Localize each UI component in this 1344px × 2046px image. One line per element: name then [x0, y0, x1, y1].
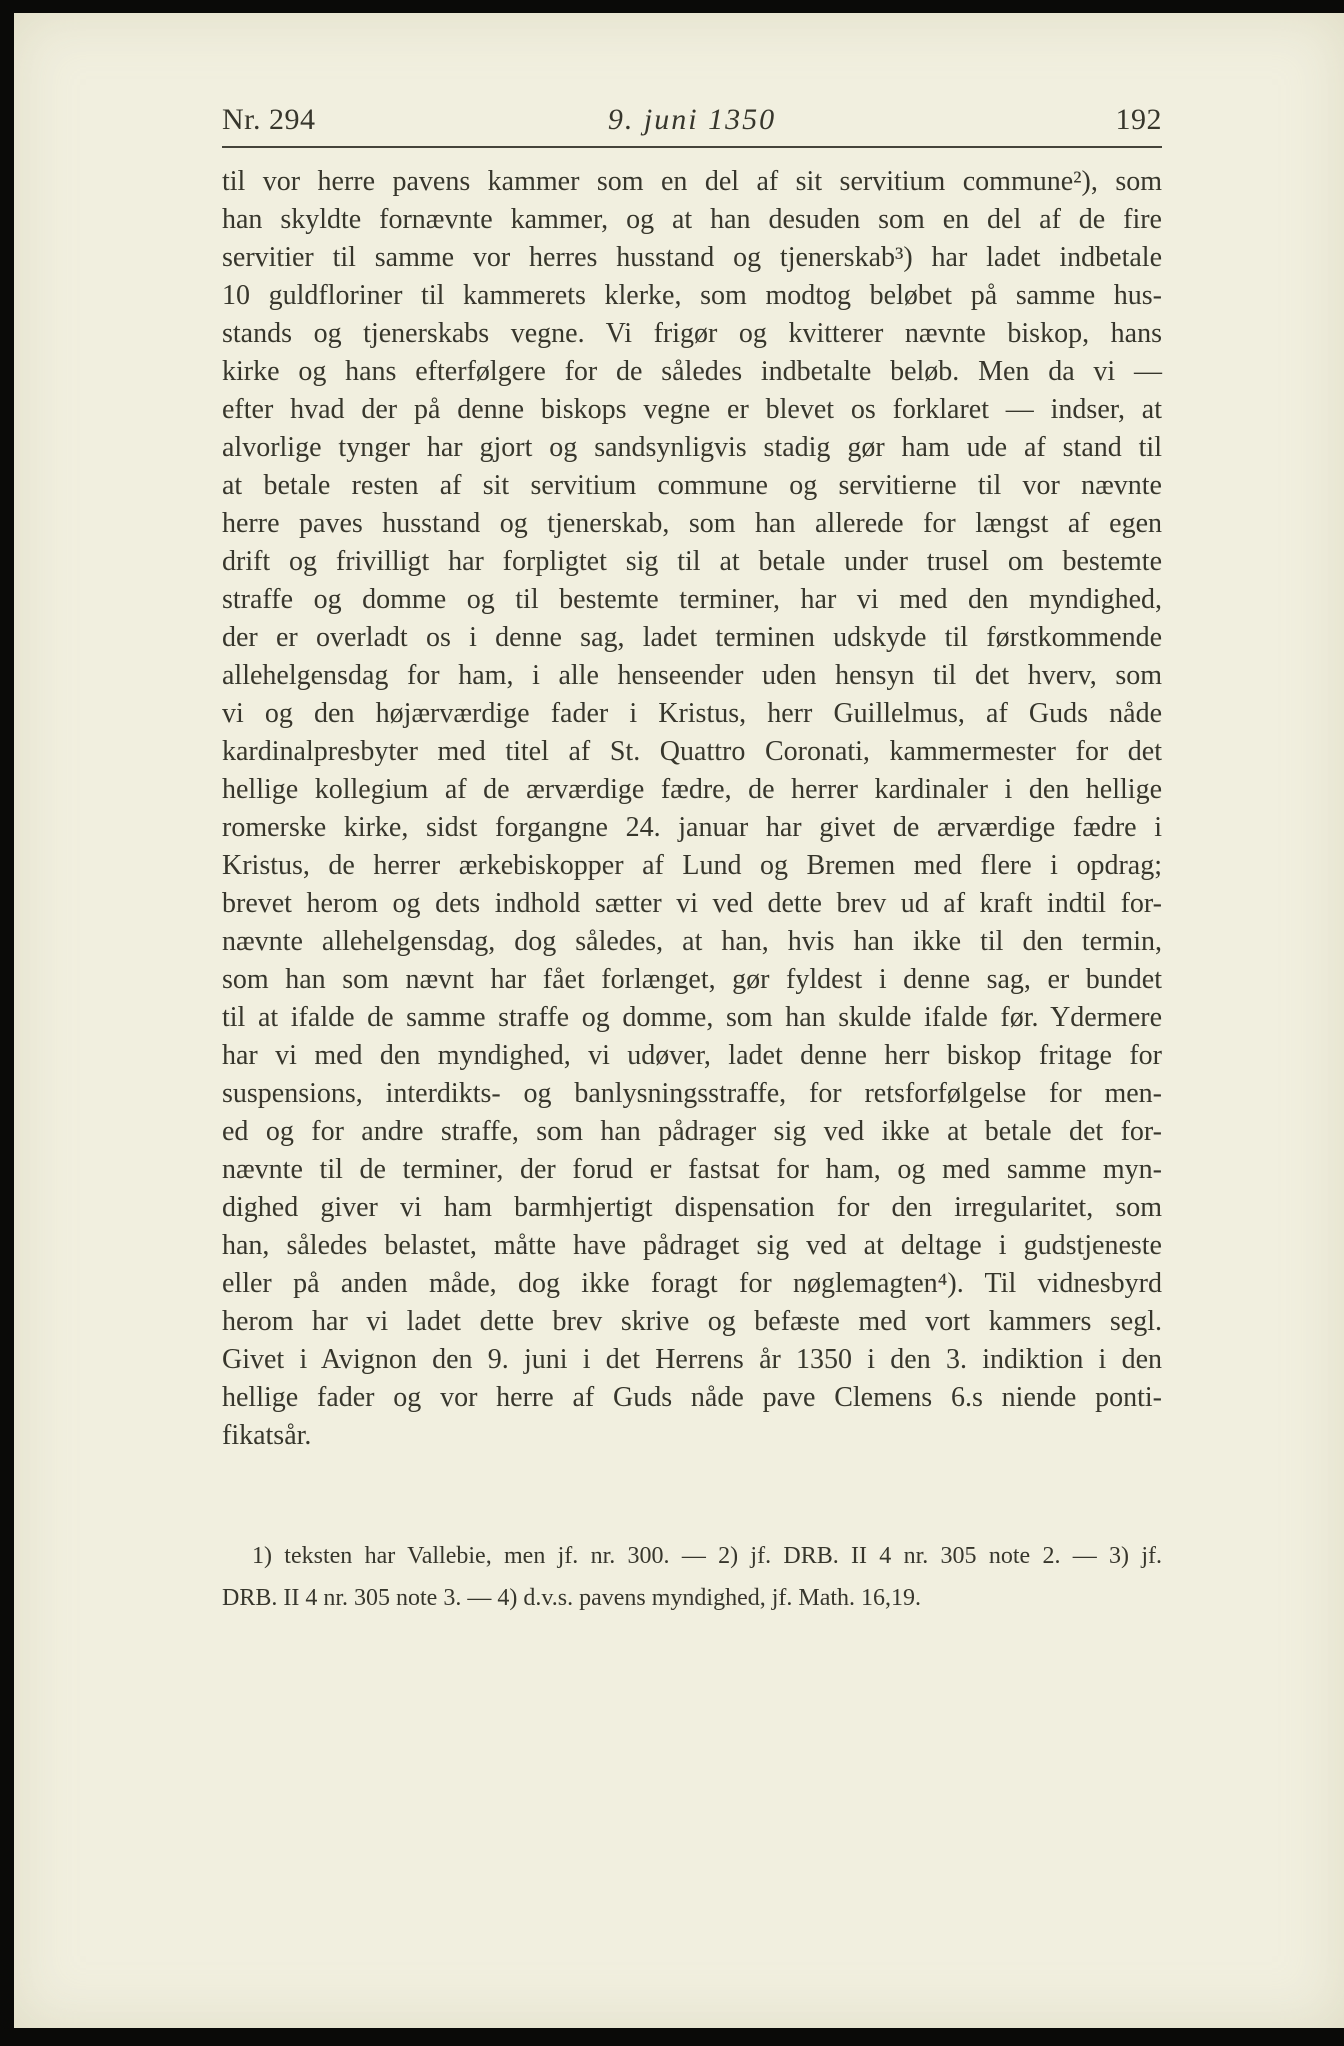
body-text-line: servitier til samme vor herres husstand …: [222, 239, 1162, 277]
body-text-line: alvorlige tynger har gjort og sandsynlig…: [222, 429, 1162, 467]
body-text-line: drift og frivilligt har forpligtet sig t…: [222, 543, 1162, 581]
body-text-line: romerske kirke, sidst forgangne 24. janu…: [222, 809, 1162, 847]
body-text-line: stands og tjenerskabs vegne. Vi frigør o…: [222, 315, 1162, 353]
page-header: Nr. 294 9. juni 1350 192: [222, 103, 1162, 137]
body-text-line: herom har vi ladet dette brev skrive og …: [222, 1303, 1162, 1341]
document-number: Nr. 294: [222, 103, 608, 137]
body-text-line: brevet herom og dets indhold sætter vi v…: [222, 885, 1162, 923]
body-text-line: kardinalpresbyter med titel af St. Quatt…: [222, 733, 1162, 771]
body-text-line: allehelgensdag for ham, i alle henseende…: [222, 657, 1162, 695]
scan-frame: Nr. 294 9. juni 1350 192 til vor herre p…: [0, 0, 1344, 2046]
body-text-line: til at ifalde de samme straffe og domme,…: [222, 999, 1162, 1037]
body-text-line: ed og for andre straffe, som han pådrage…: [222, 1113, 1162, 1151]
body-text-line: fikatsår.: [222, 1417, 1162, 1455]
body-text-line: hellige kollegium af de ærværdige fædre,…: [222, 771, 1162, 809]
page-number: 192: [776, 103, 1162, 137]
body-text-line: har vi med den myndighed, vi udøver, lad…: [222, 1037, 1162, 1075]
footnotes: 1) teksten har Vallebie, men jf. nr. 300…: [222, 1535, 1162, 1619]
body-text-line: suspensions, interdikts- og banlysningss…: [222, 1075, 1162, 1113]
body-text-line: som han som nævnt har fået forlænget, gø…: [222, 961, 1162, 999]
body-text-line: nævnte til de terminer, der forud er fas…: [222, 1151, 1162, 1189]
document-date: 9. juni 1350: [608, 103, 776, 137]
book-page: Nr. 294 9. juni 1350 192 til vor herre p…: [14, 13, 1344, 2028]
body-text-line: straffe og domme og til bestemte termine…: [222, 581, 1162, 619]
document-body: til vor herre pavens kammer som en del a…: [222, 163, 1162, 1455]
body-text-line: der er overladt os i denne sag, ladet te…: [222, 619, 1162, 657]
body-text-line: kirke og hans efterfølgere for de sålede…: [222, 353, 1162, 391]
footnote-text-line: 1) teksten har Vallebie, men jf. nr. 300…: [222, 1535, 1162, 1577]
body-text-line: han skyldte fornævnte kammer, og at han …: [222, 201, 1162, 239]
body-text-line: han, således belastet, måtte have pådrag…: [222, 1227, 1162, 1265]
body-text-line: Kristus, de herrer ærkebiskopper af Lund…: [222, 847, 1162, 885]
footnote-text-line: DRB. II 4 nr. 305 note 3. — 4) d.v.s. pa…: [222, 1577, 1162, 1619]
body-text-line: nævnte allehelgensdag, dog således, at h…: [222, 923, 1162, 961]
body-text-line: efter hvad der på denne biskops vegne er…: [222, 391, 1162, 429]
body-text-line: at betale resten af sit servitium commun…: [222, 467, 1162, 505]
body-text-line: eller på anden måde, dog ikke foragt for…: [222, 1265, 1162, 1303]
body-text-line: dighed giver vi ham barmhjertigt dispens…: [222, 1189, 1162, 1227]
body-text-line: hellige fader og vor herre af Guds nåde …: [222, 1379, 1162, 1417]
body-text-line: 10 guldfloriner til kammerets klerke, so…: [222, 277, 1162, 315]
header-rule: [222, 146, 1162, 148]
body-text-line: Givet i Avignon den 9. juni i det Herren…: [222, 1341, 1162, 1379]
body-text-line: til vor herre pavens kammer som en del a…: [222, 163, 1162, 201]
body-text-line: herre paves husstand og tjenerskab, som …: [222, 505, 1162, 543]
body-text-line: vi og den højærværdige fader i Kristus, …: [222, 695, 1162, 733]
